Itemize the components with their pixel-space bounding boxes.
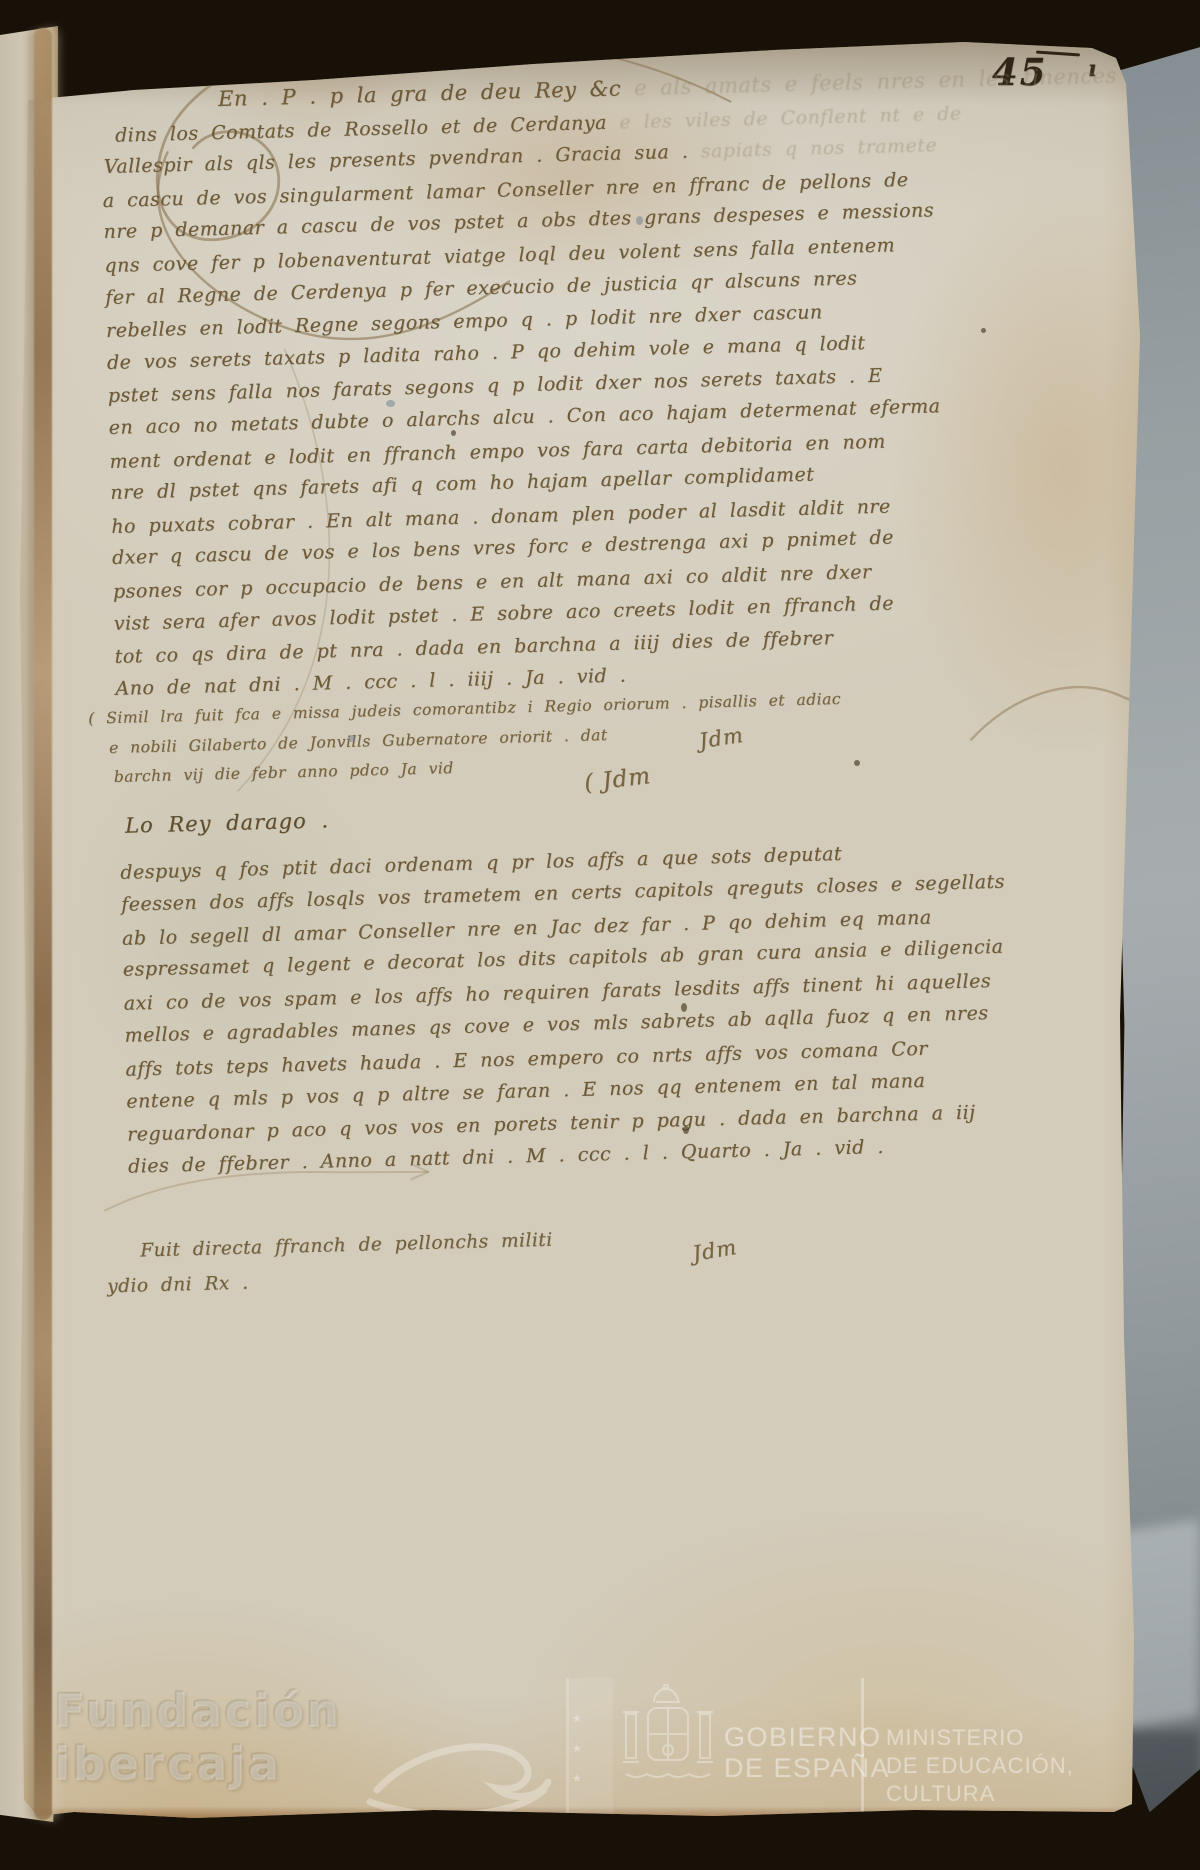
watermark-divider (861, 1678, 864, 1826)
spain-coat-of-arms-icon (618, 1684, 718, 1794)
manuscript-line-text: Fuit directa ffranch de pellonchs militi (140, 1230, 553, 1262)
letter-2-text: despuys q fos ptit daci ordenam q pr los… (120, 833, 1012, 1184)
dorsal-abbrev-mark: Jdm (691, 1235, 739, 1266)
faded-ghost-text: e les viles de Conflent nt e de (607, 102, 962, 133)
ministerio-watermark-line1: MINISTERIO (886, 1724, 1150, 1752)
flag-watermark: ★ ★ ★ (566, 1678, 613, 1826)
gobierno-watermark-line2: DE ESPAÑA (724, 1753, 890, 1784)
ministerio-watermark-line2: DE EDUCACIÓN, CULTURA (886, 1752, 1150, 1808)
ink-spot (681, 1003, 687, 1012)
pigment-spot (386, 400, 395, 407)
ink-spot (854, 760, 860, 766)
ibercaja-watermark-line2: ibercaja (54, 1737, 341, 1790)
binding-seam (34, 28, 52, 1820)
manuscript-line-text: ydio dni Rx . (107, 1273, 249, 1298)
manuscript-line-text: En . P . p la gra de deu Rey &c (218, 76, 622, 111)
letter-1-text: En . P . p la gra de deu Rey &c e als am… (100, 59, 1133, 705)
dorsal-note-text: Fuit directa ffranch de pellonchs militi… (140, 1223, 554, 1304)
gobierno-watermark: GOBIERNO DE ESPAÑA (724, 1722, 890, 1784)
flag-star-icon: ★ (572, 1772, 582, 1785)
ministerio-watermark: MINISTERIO DE EDUCACIÓN, CULTURA Y DEPOR… (886, 1724, 1150, 1826)
manuscript-photo: 45 ı En . P . p la gra de deu Rey &c e a… (0, 0, 1200, 1870)
ink-spot (981, 328, 986, 333)
ibercaja-watermark: Fundación ibercaja (54, 1684, 341, 1790)
handwritten-text-layer: En . P . p la gra de deu Rey &c e als am… (14, 36, 1150, 1826)
ibercaja-watermark-line1: Fundación (54, 1684, 341, 1737)
pigment-spot (636, 216, 643, 225)
ink-spot (451, 430, 456, 436)
flag-star-icon: ★ (572, 1742, 582, 1755)
ink-spot (683, 1126, 689, 1134)
ministerio-watermark-line3: Y DEPORTE (886, 1808, 1150, 1826)
pen-flourish-arrow (98, 1149, 460, 1228)
pen-swash-right (959, 664, 1150, 760)
pigment-spot (348, 735, 355, 742)
ibercaja-logo-icon (362, 1728, 552, 1826)
faded-ghost-text: sapiats q nos tramete (688, 134, 937, 163)
manuscript-line-text: barchn vij die febr anno pdco Ja vid (114, 759, 454, 786)
gobierno-watermark-line1: GOBIERNO (724, 1722, 890, 1753)
manuscript-page: 45 ı En . P . p la gra de deu Rey &c e a… (14, 36, 1150, 1826)
flag-star-icon: ★ (572, 1712, 582, 1725)
